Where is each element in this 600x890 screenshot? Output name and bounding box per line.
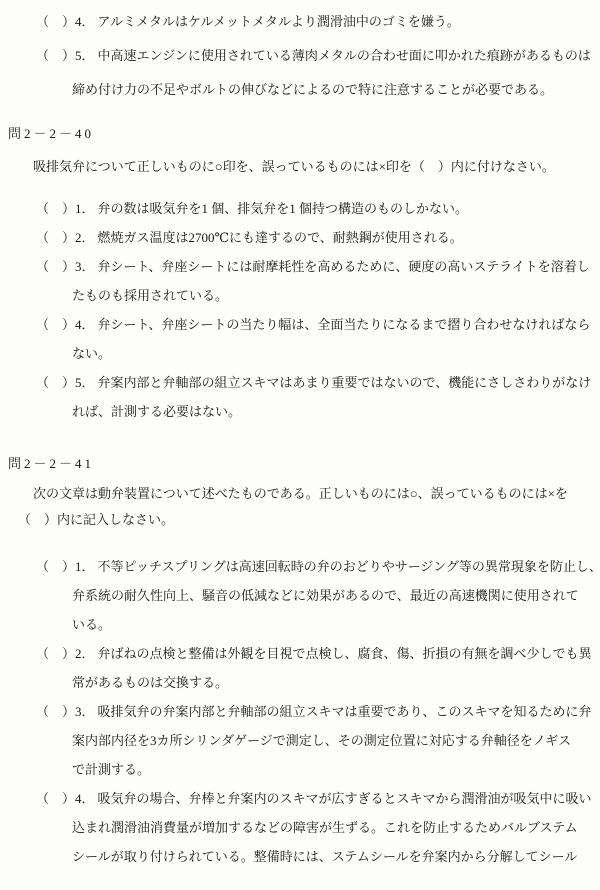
statement-line: （ ）2．燃焼ガス温度は2700℃にも達するので、耐熱鋼が使用される。 — [0, 223, 600, 252]
answer-blank-marker: （ ）4． — [36, 14, 95, 29]
statement-line: （ ）3．吸排気弁の弁案内部と弁軸部の組立スキマは重要であり、このスキマを知るた… — [0, 697, 600, 726]
statement-text: 中高速エンジンに使用されている薄肉メタルの合わせ面に叩かれた痕跡があるものは — [98, 48, 591, 63]
instruction-line: （ ）内に記入しなさい。 — [0, 507, 600, 533]
answer-blank-marker: （ ）1． — [36, 559, 95, 574]
statement-line: 常があるものは交換する。 — [0, 668, 600, 697]
statement-line: （ ）5．弁案内部と弁軸部の組立スキマはあまり重要ではないので、機能にさしさわり… — [0, 368, 600, 397]
question-instruction-q40: 吸排気弁について正しいものに○印を、誤っているものには×印を（ ）内に付けなさい… — [0, 152, 600, 182]
answer-blank-marker: （ ）3． — [36, 704, 95, 719]
statement-line: 弁系統の耐久性向上、騒音の低減などに効果があるので、最近の高速機関に使用されて — [0, 581, 600, 610]
answer-blank-marker: （ ）3． — [36, 259, 95, 274]
statement-text: 燃焼ガス温度は2700℃にも達するので、耐熱鋼が使用される。 — [98, 230, 463, 245]
answer-blank-marker: （ ）4． — [36, 791, 95, 806]
question-number-q40: 問2－2－40 — [0, 119, 600, 149]
instruction-line: 次の文章は動弁装置について述べたものである。正しいものには○、誤っているものには… — [0, 481, 600, 507]
statement-text: 吸排気弁の弁案内部と弁軸部の組立スキマは重要であり、このスキマを知るために弁 — [98, 704, 592, 719]
statement-line: （ ）4．吸気弁の場合、弁棒と弁案内のスキマが広すぎるとスキマから潤滑油が吸気中… — [0, 784, 600, 813]
statement-text: 弁の数は吸気弁を1 個、排気弁を1 個持つ構造のものしかない。 — [98, 201, 469, 216]
answer-blank-marker: （ ）2． — [36, 230, 95, 245]
statement-text: 弁案内部と弁軸部の組立スキマはあまり重要ではないので、機能にさしさわりがなけ — [98, 375, 592, 390]
statement-line: 込まれ潤滑油消費量が増加するなどの障害が生ずる。これを防止するためバルブステム — [0, 813, 600, 842]
statement-line: シールが取り付けられている。整備時には、ステムシールを弁案内から分解してシール — [0, 842, 600, 871]
statement-text: 吸気弁の場合、弁棒と弁案内のスキマが広すぎるとスキマから潤滑油が吸気中に吸い — [98, 791, 592, 806]
document-page: （ ）4．アルミメタルはケルメットメタルより潤滑油中のゴミを嫌う。 （ ）5．中… — [0, 0, 600, 890]
statement-line: たものも採用されている。 — [0, 281, 600, 310]
statement-line: （ ）4．アルミメタルはケルメットメタルより潤滑油中のゴミを嫌う。 — [0, 5, 600, 39]
question-items-q41: （ ）1．不等ピッチスプリングは高速回転時の弁のおどりやサージング等の異常現象を… — [0, 552, 600, 871]
statement-line: で計測する。 — [0, 755, 600, 784]
statement-line: いる。 — [0, 610, 600, 639]
statement-line: ない。 — [0, 339, 600, 368]
answer-blank-marker: （ ）5． — [36, 48, 95, 63]
statement-line: （ ）4．弁シート、弁座シートの当たり幅は、全面当たりになるまで摺り合わせなけれ… — [0, 310, 600, 339]
question-items-q40: （ ）1．弁の数は吸気弁を1 個、排気弁を1 個持つ構造のものしかない。 （ ）… — [0, 194, 600, 426]
question-instruction-q41: 次の文章は動弁装置について述べたものである。正しいものには○、誤っているものには… — [0, 481, 600, 533]
previous-question-items: （ ）4．アルミメタルはケルメットメタルより潤滑油中のゴミを嫌う。 （ ）5．中… — [0, 0, 600, 107]
statement-text: 不等ピッチスプリングは高速回転時の弁のおどりやサージング等の異常現象を防止し、 — [98, 559, 600, 574]
statement-line: （ ）1．不等ピッチスプリングは高速回転時の弁のおどりやサージング等の異常現象を… — [0, 552, 600, 581]
statement-line: 締め付け力の不足やボルトの伸びなどによるので特に注意することが必要である。 — [0, 73, 600, 107]
answer-blank-marker: （ ）5． — [36, 375, 95, 390]
statement-line: （ ）2．弁ばねの点検と整備は外観を目視で点検し、腐食、傷、折損の有無を調べ少し… — [0, 639, 600, 668]
question-number-q41: 問2－2－41 — [0, 449, 600, 479]
answer-blank-marker: （ ）1． — [36, 201, 95, 216]
statement-text: アルミメタルはケルメットメタルより潤滑油中のゴミを嫌う。 — [98, 14, 460, 29]
statement-line: （ ）5．中高速エンジンに使用されている薄肉メタルの合わせ面に叩かれた痕跡がある… — [0, 39, 600, 73]
answer-blank-marker: （ ）2． — [36, 646, 95, 661]
statement-line: （ ）3．弁シート、弁座シートには耐摩耗性を高めるために、硬度の高いステライトを… — [0, 252, 600, 281]
statement-text: 弁シート、弁座シートには耐摩耗性を高めるために、硬度の高いステライトを溶着し — [98, 259, 590, 274]
statement-text: 弁シート、弁座シートの当たり幅は、全面当たりになるまで摺り合わせなければなら — [98, 317, 591, 332]
statement-line: れば、計測する必要はない。 — [0, 397, 600, 426]
answer-blank-marker: （ ）4． — [36, 317, 95, 332]
statement-line: 案内部内径を3カ所シリンダゲージで測定し、その測定位置に対応する弁軸径をノギス — [0, 726, 600, 755]
statement-text: 弁ばねの点検と整備は外観を目視で点検し、腐食、傷、折損の有無を調べ少しでも異 — [98, 646, 592, 661]
instruction-line: 吸排気弁について正しいものに○印を、誤っているものには×印を（ ）内に付けなさい… — [0, 152, 600, 182]
statement-line: （ ）1．弁の数は吸気弁を1 個、排気弁を1 個持つ構造のものしかない。 — [0, 194, 600, 223]
